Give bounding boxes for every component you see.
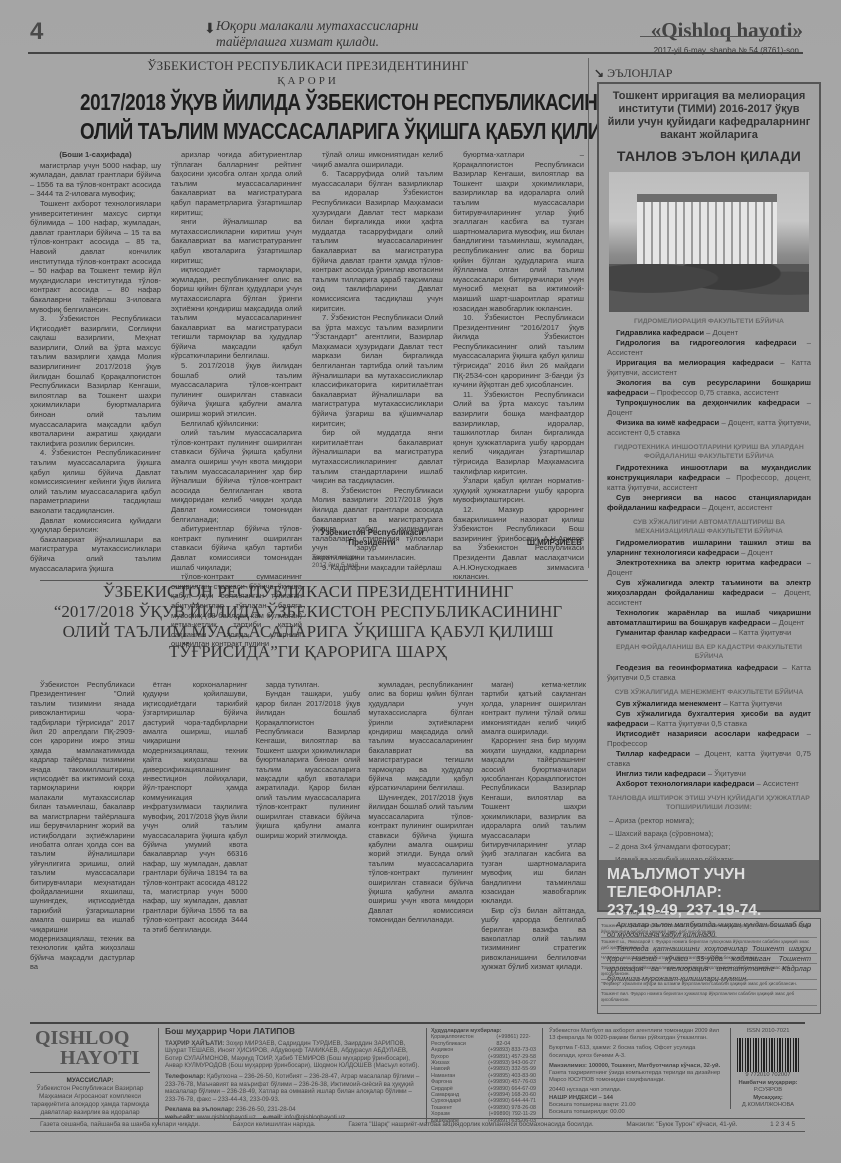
- legal-notices: Тошкент ш., Тўлов-контракт 23.05.2014 й.…: [597, 918, 821, 1014]
- ads-section-label: ↘ЭЪЛОНЛАР: [594, 66, 672, 81]
- vacancy-item: Сув хўжалигида электр таъминоти ва элект…: [599, 578, 819, 608]
- info-phones: МАЪЛУМОТ УЧУН ТЕЛЕФОНЛАР: 237-19-49, 237…: [599, 860, 819, 910]
- vacancy-item: Тупроқшунослик ва деҳқончилик кафедраси …: [599, 398, 819, 418]
- footer-logo: QISHLOQ HAYOTI: [35, 1028, 139, 1068]
- commentary-column: Ўзбекистон Республикаси Президентининг "…: [30, 680, 135, 972]
- down-arrow-icon: ⬇: [204, 22, 216, 38]
- legal-notice: Тошкент ш., Тўлов-контракт 23.05.2014 й.…: [601, 922, 817, 938]
- commentary-columns: Ўзбекистон Республикаси Президентининг "…: [30, 680, 586, 972]
- divider: [588, 58, 589, 568]
- masthead: «Qishloq hayoti»: [651, 18, 803, 43]
- commentary-title-line4: ТЎҒРИСИДА”ГИ ҚАРОРИГА ШАРҲ: [30, 642, 586, 662]
- decree-article: ЎЗБЕКИСТОН РЕСПУБЛИКАСИ ПРЕЗИДЕНТИНИНГ Қ…: [30, 58, 586, 574]
- faculty-heading: СУВ ХЎЖАЛИГИДА МЕНЕЖМЕНТ ФАКУЛЬТЕТИ БЎЙИ…: [607, 688, 811, 697]
- vacancy-item: Сув энергияси ва насос станцияларидан фо…: [599, 493, 819, 513]
- signatory-org: Ўзбекистон Республикаси Президенти: [312, 528, 432, 548]
- faculty-heading: ГИДРОТЕХНИКА ИНШООТЛАРИНИ ҚУРИШ ВА УЛАРД…: [607, 443, 811, 461]
- vacancy-item: Ирригация ва мелиорация кафедраси – Катт…: [599, 358, 819, 378]
- vacancy-item: Экология ва сув ресурсларини бошқариш ка…: [599, 378, 819, 398]
- vacancy-item: Электротехника ва электр юритма кафедрас…: [599, 558, 819, 578]
- vacancy-item: Гуманитар фанлар кафедраси – Катта ўқиту…: [599, 628, 819, 638]
- arrow-icon: ↘: [594, 66, 604, 80]
- barcode-icon: [737, 1038, 799, 1072]
- decree-column: аризлар чоғида абитуриентлар тўплаган ба…: [171, 150, 302, 649]
- signature-place-date: Тошкент шаҳри, 2017 йил 5 май: [312, 554, 360, 570]
- barcode-digits: 9 772010 702007: [731, 1072, 805, 1079]
- regional-correspondents: Ҳудудлардаги мухбирлар: Қорақалпоғистон …: [426, 1028, 536, 1124]
- legal-notice: ЧАКАНА савдо корхонаси штампи йўқолганли…: [601, 954, 817, 964]
- faculty-heading: СУВ ХЎЖАЛИГИНИ АВТОМАТЛАШТИРИШ ВА МЕХАНИ…: [607, 518, 811, 536]
- legal-notice: "Фермер" хўжалиги муҳри ва штампи йўқолг…: [601, 980, 817, 990]
- page-header: 4 ⬇ Юқори малакали мутахассисларни тайёр…: [28, 8, 803, 50]
- requirement-item: – 2 дона 3х4 ўлчамдаги фотосурат;: [599, 840, 819, 853]
- vacancy-item: Тиллар кафедраси – Доцент, катта ўқитувч…: [599, 749, 819, 769]
- page-number: 4: [30, 18, 43, 46]
- commentary-column: зарда тутилган. Бундан ташқари, ушбу қар…: [256, 680, 361, 972]
- legal-notice: Тошкент вил. Фуқаро номига берилган ҳужж…: [601, 990, 817, 1006]
- vacancy-item: Ахборот технологиялари кафедраси – Ассис…: [599, 779, 819, 789]
- commentary-column: маган) кетма-кетлик тартиби қатъий сақла…: [481, 680, 586, 972]
- footer-strip: Газета сешанба, пайшанба ва шанба кунлар…: [30, 1118, 805, 1132]
- continued-label: (Боши 1-саҳифада): [30, 150, 161, 160]
- commentary-title-line2: “2017/2018 ЎҚУВ ЙИЛИДА ЎЗБЕКИСТОН РЕСПУБ…: [30, 602, 586, 622]
- vacancy-item: Сув хўжалигида менежмент – Катта ўқитувч…: [599, 699, 819, 709]
- print-info: Ўзбекистон Матбуот ва ахборот агентлиги …: [542, 1028, 722, 1119]
- vacancy-item: Сув хўжалигида бухгалтерия ҳисоби ва ауд…: [599, 709, 819, 729]
- newspaper-page: 4 ⬇ Юқори малакали мутахассисларни тайёр…: [0, 0, 841, 1163]
- faculty-heading: ЕРДАН ФОЙДАЛАНИШ ВА ЕР КАДАСТРИ ФАКУЛЬТЕ…: [607, 643, 811, 661]
- building-image: [637, 194, 777, 272]
- tagline: ⬇ Юқори малакали мутахассисларни тайёрла…: [216, 18, 418, 50]
- requirements-heading: ТАНЛОВДА ИШТИРОК ЭТИШ УЧУН ҚУЙИДАГИ ҲУЖЖ…: [607, 794, 811, 812]
- decree-column: тўлай олиш имкониятидан келиб чиқиб амал…: [312, 150, 443, 649]
- vacancy-item: Гидравлика кафедраси – Доцент: [599, 328, 819, 338]
- vacancy-item: Иқтисодиёт назарияси асослари кафедраси …: [599, 729, 819, 749]
- commentary-column: жумладан, республиканинг олис ва бориш қ…: [368, 680, 473, 972]
- vacancy-item: Геодезия ва геоинформатика кафедраси – К…: [599, 663, 819, 683]
- imprint-footer: QISHLOQ HAYOTI МУАССИСЛАР: Ўзбекистон Ре…: [30, 1022, 805, 1132]
- tender-announcement: Тошкент ирригация ва мелиорация институт…: [597, 82, 821, 912]
- vacancy-item: Физика ва кимё кафедраси – Доцент, катта…: [599, 418, 819, 438]
- decree-kicker: ЎЗБЕКИСТОН РЕСПУБЛИКАСИ ПРЕЗИДЕНТИНИНГ: [30, 58, 586, 74]
- signatory-name: Ш.МИРЗИЁЕВ: [527, 538, 582, 547]
- commentary-title-line1: ЎЗБЕКИСТОН РЕСПУБЛИКАСИ ПРЕЗИДЕНТИНИНГ: [30, 582, 586, 602]
- divider: [28, 52, 803, 54]
- faculty-heading: ГИДРОМЕЛИОРАЦИЯ ФАКУЛЬТЕТИ БЎЙИЧА: [607, 317, 811, 326]
- decree-kicker2: ҚАРОРИ: [30, 75, 586, 87]
- legal-notice: Тошкент вил. уйи рўйхатга олинган ҳужжат…: [601, 964, 817, 980]
- correspondent-row: Қорақалпоғистон Республикаси(+99861) 222…: [431, 1034, 536, 1047]
- ad-headline: ТАНЛОВ ЭЪЛОН ҚИЛАДИ: [599, 148, 819, 164]
- vacancy-item: Инглиз тили кафедраси – Ўқитувчи: [599, 769, 819, 779]
- vacancy-item: Гидромелиоратив ишларини ташкил этиш ва …: [599, 538, 819, 558]
- vacancy-item: Гидрология ва гидрогеология кафедраси – …: [599, 338, 819, 358]
- commentary-article: ЎЗБЕКИСТОН РЕСПУБЛИКАСИ ПРЕЗИДЕНТИНИНГ “…: [30, 582, 586, 1012]
- founders: МУАССИСЛАР: Ўзбекистон Республикаси Вази…: [30, 1072, 150, 1117]
- editorial-board: Бош муҳаррир Чори ЛАТИПОВ ТАҲРИР ҲАЙЪАТИ…: [158, 1028, 420, 1125]
- decree-title-line2: ОЛИЙ ТАЪЛИМ МУАССАСАЛАРИГА ЎҚИШГА ҚАБУЛ …: [80, 118, 536, 145]
- ad-title: Тошкент ирригация ва мелиорация институт…: [599, 90, 819, 142]
- commentary-title-line3: ОЛИЙ ТАЪЛИМ МУАССАСАЛАРИГА ЎҚИШГА ҚАБУЛ …: [30, 622, 586, 642]
- trees-image: [609, 264, 809, 312]
- decree-title-line1: 2017/2018 ЎҚУВ ЙИЛИДА ЎЗБЕКИСТОН РЕСПУБЛ…: [80, 89, 536, 116]
- divider: [40, 580, 588, 581]
- issn-block: ISSN 2010-7021 9 772010 702007 Навбатчи …: [730, 1028, 805, 1109]
- legal-notice: Тошкент ш., Яккасарой т. Фуқаро номига б…: [601, 938, 817, 954]
- decree-column: буюртма-хатлари – Қорақалпоғистон Респуб…: [453, 150, 584, 649]
- requirement-item: – Ариза (ректор номига);: [599, 814, 819, 827]
- vacancy-item: Гидротехника иншоотлари ва муҳандислик к…: [599, 463, 819, 493]
- vacancy-item: Технологик жараёнлар ва ишлаб чиқаришни …: [599, 608, 819, 628]
- decree-column: (Боши 1-саҳифада) магистрлар учун 5000 н…: [30, 150, 161, 649]
- commentary-column: ётган корхоналарнинг қудуқни қойилашуви,…: [143, 680, 248, 972]
- issn-number: ISSN 2010-7021: [731, 1028, 805, 1035]
- requirement-item: – Шахсий варақа (сўровнома);: [599, 827, 819, 840]
- chief-editor: Бош муҳаррир Чори ЛАТИПОВ: [165, 1028, 420, 1036]
- divider: [640, 36, 800, 37]
- institute-building-photo: [609, 172, 809, 312]
- decree-columns: (Боши 1-саҳифада) магистрлар учун 5000 н…: [30, 150, 586, 649]
